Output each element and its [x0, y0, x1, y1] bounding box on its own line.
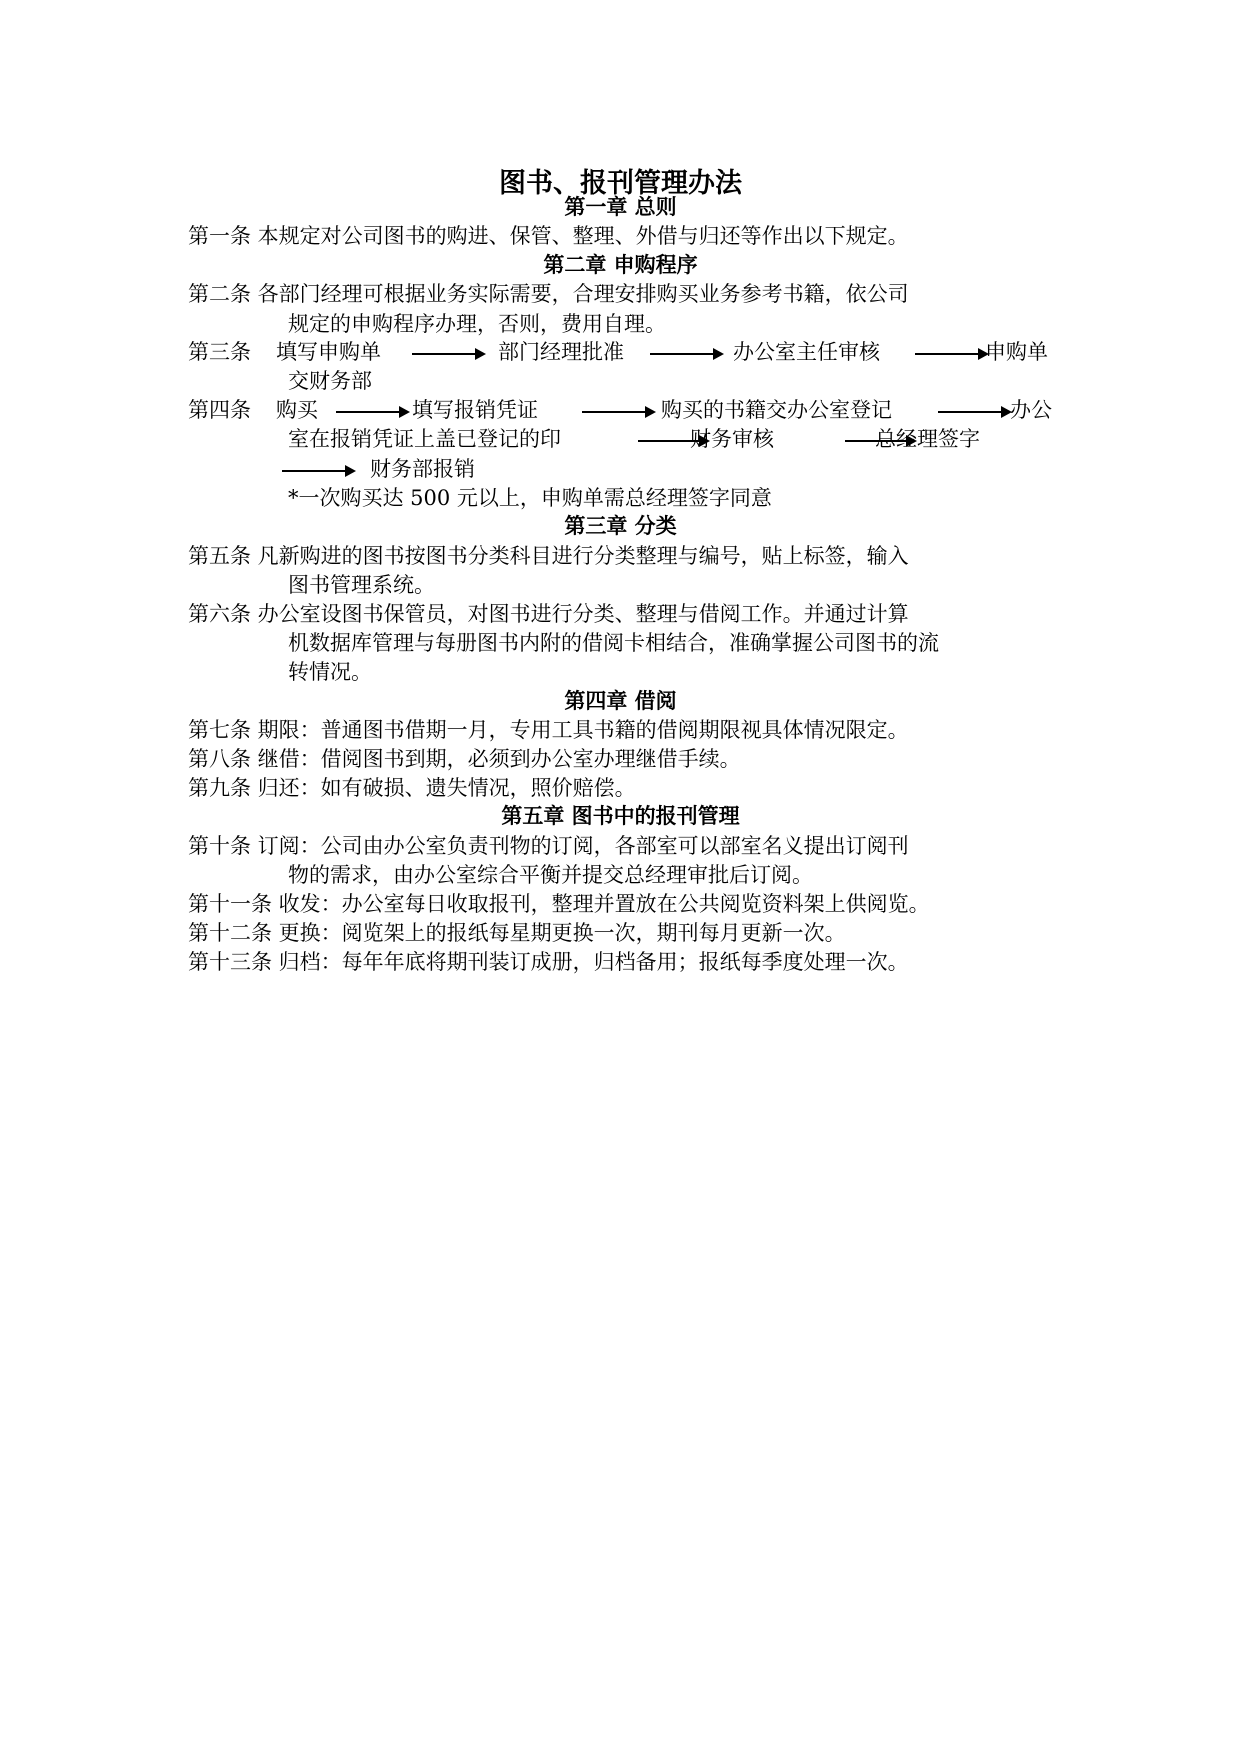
flow-arrow-icon [412, 353, 484, 355]
chapter-1-heading: 第一章 总则 [0, 192, 1241, 222]
article-13: 第十三条 归档：每年年底将期刊装订成册，归档备用；报纸每季度处理一次。 [188, 947, 909, 977]
article-5-line-1: 第五条 凡新购进的图书按图书分类科目进行分类整理与编号，贴上标签，输入 [188, 541, 909, 571]
flow-step-cont: 交财务部 [288, 366, 372, 396]
article-1: 第一条 本规定对公司图书的购进、保管、整理、外借与归还等作出以下规定。 [188, 221, 909, 251]
flow-step: 填写申购单 [276, 337, 381, 367]
article-2-line-1: 第二条 各部门经理可根据业务实际需要，合理安排购买业务参考书籍，依公司 [188, 279, 909, 309]
flow-step: 室在报销凭证上盖已登记的印 [288, 424, 561, 454]
article-10-line-1: 第十条 订阅：公司由办公室负责刊物的订阅，各部室可以部室名义提出订阅刊 [188, 831, 909, 861]
article-4-note: *一次购买达 500 元以上，申购单需总经理签字同意 [288, 483, 772, 513]
flow-step: 填写报销凭证 [412, 395, 538, 425]
flow-arrow-icon [336, 411, 408, 413]
article-12: 第十二条 更换：阅览架上的报纸每星期更换一次，期刊每月更新一次。 [188, 918, 846, 948]
flow-arrow-icon [845, 440, 915, 442]
article-5-line-2: 图书管理系统。 [288, 570, 435, 600]
flow-step: 申购单 [985, 337, 1048, 367]
article-6-line-3: 转情况。 [288, 657, 372, 687]
flow-arrow-icon [638, 440, 708, 442]
chapter-3-heading: 第三章 分类 [0, 511, 1241, 541]
flow-step: 办公 [1010, 395, 1052, 425]
article-11: 第十一条 收发：办公室每日收取报刊，整理并置放在公共阅览资料架上供阅览。 [188, 889, 930, 919]
flow-arrow-icon [650, 353, 722, 355]
flow-arrow-icon [282, 470, 354, 472]
article-9: 第九条 归还：如有破损、遗失情况，照价赔偿。 [188, 773, 636, 803]
chapter-5-heading: 第五章 图书中的报刊管理 [0, 801, 1241, 831]
article-6-line-2: 机数据库管理与每册图书内附的借阅卡相结合，准确掌握公司图书的流 [288, 628, 939, 658]
article-6-line-1: 第六条 办公室设图书保管员，对图书进行分类、整理与借阅工作。并通过计算 [188, 599, 909, 629]
flow-step: 购买 [276, 395, 318, 425]
article-4-label: 第四条 [188, 395, 251, 425]
article-7: 第七条 期限：普通图书借期一月，专用工具书籍的借阅期限视具体情况限定。 [188, 715, 909, 745]
flow-step: 办公室主任审核 [733, 337, 880, 367]
article-3-label: 第三条 [188, 337, 251, 367]
article-10-line-2: 物的需求，由办公室综合平衡并提交总经理审批后订阅。 [288, 860, 813, 890]
chapter-2-heading: 第二章 申购程序 [0, 250, 1241, 280]
flow-step: 部门经理批准 [498, 337, 624, 367]
article-2-line-2: 规定的申购程序办理，否则，费用自理。 [288, 309, 666, 339]
flow-step: 总经理签字 [875, 424, 980, 454]
flow-arrow-icon [915, 353, 987, 355]
document-page: 图书、报刊管理办法 第一章 总则 第一条 本规定对公司图书的购进、保管、整理、外… [0, 0, 1241, 1754]
flow-step: 财务部报销 [370, 454, 475, 484]
flow-arrow-icon [582, 411, 654, 413]
flow-arrow-icon [938, 411, 1010, 413]
article-8: 第八条 继借：借阅图书到期，必须到办公室办理继借手续。 [188, 744, 741, 774]
flow-step: 购买的书籍交办公室登记 [661, 395, 892, 425]
chapter-4-heading: 第四章 借阅 [0, 686, 1241, 716]
